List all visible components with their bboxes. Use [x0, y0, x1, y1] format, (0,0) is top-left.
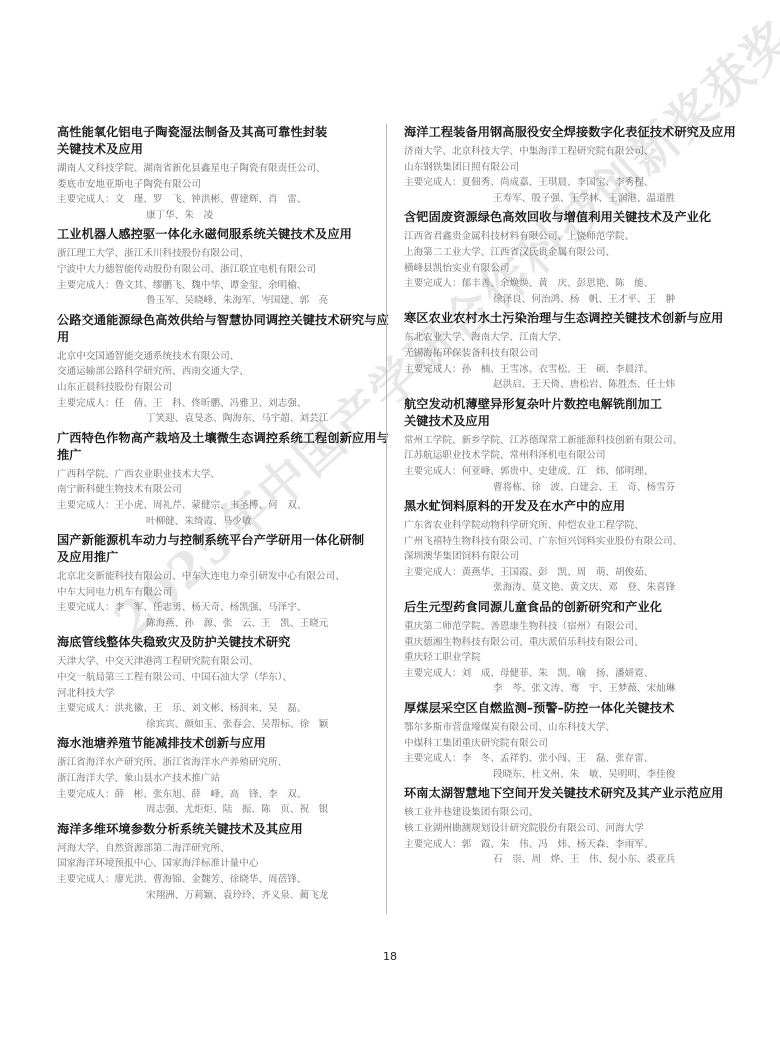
right-column: 海洋工程装备用钢高服役安全焊接数字化表征技术研究及应用济南大学、北京科技大学、中…: [404, 124, 739, 868]
contributors-line: 主要完成人：郁丰善、余焕焕、黄 庆、彭思艳、陈 能、: [404, 276, 739, 292]
organization-line: 重庆第二师范学院、善恩康生物科技（宿州）有限公司、: [404, 619, 739, 635]
contributors-names: 孙 楠、王雪冰、衣雪松、王 硕、李晨洋、: [462, 364, 654, 375]
organization-line: 广西科学院、广西农业职业技术大学、: [57, 467, 392, 483]
contributors-names: 鲁玉军、吴晓峰、朱海军、岑国建、郭 亮: [146, 295, 328, 306]
award-entry: 广西特色作物高产栽培及土壤微生态调控系统工程创新应用与推广广西科学院、广西农业职…: [57, 430, 392, 529]
contributors-line: 主要完成人：刘 成、母健菲、朱 凯、喻 扬、潘妍霓、: [404, 666, 739, 682]
contributors-line: 宋翔洲、万莉颖、袁玲玲、齐义泉、蔺飞龙: [57, 888, 392, 904]
award-title: 航空发动机薄壁异形复杂叶片数控电解铣削加工: [404, 396, 739, 413]
organization-line: 横峰县凯怡实业有限公司: [404, 261, 739, 277]
contributors-label: 主要完成人：: [57, 398, 115, 409]
contributors-line: 石 崇、周 烨、王 伟、倪小东、裘亚兵: [404, 852, 739, 868]
organization-line: 核工业井巷建设集团有限公司、: [404, 805, 739, 821]
contributors-label: 主要完成人：: [404, 753, 462, 764]
contributors-names: 徐宾宾、颜如玉、张春会、吴帮标、徐 颖: [146, 719, 328, 730]
contributors-line: 主要完成人：薛 彬、张东旭、薛 峰、高 锋、李 双、: [57, 787, 392, 803]
award-entry: 海洋工程装备用钢高服役安全焊接数字化表征技术研究及应用济南大学、北京科技大学、中…: [404, 124, 739, 206]
award-entry: 含钯固废资源绿色高效回收与增值利用关键技术及产业化江西省君鑫贵金属科技材料有限公…: [404, 209, 739, 307]
award-title: 及应用推广: [57, 549, 392, 566]
organization-line: 中车大同电力机车有限公司: [57, 585, 392, 601]
organization-line: 湖南人文科技学院、湖南省新化县鑫星电子陶瓷有限责任公司、: [57, 161, 392, 177]
organization-line: 江西省君鑫贵金属科技材料有限公司、上饶师范学院、: [404, 229, 739, 245]
contributors-names: 徐泽良、何治鸿、杨 帆、王才平、王 翀: [493, 294, 675, 305]
contributors-line: 周志强、尤炬炬、陆 振、陈 页、祝 银: [57, 802, 392, 818]
contributors-line: 主要完成人：夏佃秀、尚成嘉、王琪晨、李国宝、李秀程、: [404, 175, 739, 191]
award-title: 公路交通能源绿色高效供给与智慧协同调控关键技术研究与应用: [57, 312, 392, 346]
organization-line: 中交一航局第三工程有限公司、中国石油大学（华东）、: [57, 670, 392, 686]
contributors-line: 主要完成人：郭 霞、朱 伟、冯 炜、杨天森、李雨军、: [404, 837, 739, 853]
contributors-names: 王寿军、殷子强、王学林、王润港、温道胜: [493, 193, 675, 204]
contributors-names: 黄燕华、王国霞、彭 凯、周 萌、胡俊茹、: [462, 567, 654, 578]
contributors-names: 李 冬、孟祥豹、张小闯、王 磊、张存雷、: [462, 753, 654, 764]
contributors-line: 李 芩、张文涛、骞 宇、王梦薇、宋灿琳: [404, 681, 739, 697]
contributors-names: 鲁文其、缪鹏飞、魏中华、谭金玺、余明榆、: [115, 280, 307, 291]
award-title: 高性能氧化铝电子陶瓷湿法制备及其高可靠性封装: [57, 124, 392, 141]
organization-line: 深圳澳华集团饲料有限公司: [404, 549, 739, 565]
contributors-names: 文 瑾、罗 飞、钟洪彬、曹建辉、肖 雷、: [115, 194, 307, 205]
award-title: 广西特色作物高产栽培及土壤微生态调控系统工程创新应用与推广: [57, 430, 392, 464]
organization-line: 浙江省海洋水产研究所、浙江省海洋水产养殖研究所、: [57, 755, 392, 771]
organization-line: 重庆轻工职业学院: [404, 650, 739, 666]
organization-line: 南宁新科健生物技术有限公司: [57, 482, 392, 498]
award-title: 寒区农业农村水土污染治理与生态调控关键技术创新与应用: [404, 310, 739, 327]
organization-line: 鄂尔多斯市营盘壕煤炭有限公司、山东科技大学、: [404, 720, 739, 736]
award-entry: 航空发动机薄壁异形复杂叶片数控电解铣削加工关键技术及应用常州工学院、新乡学院、江…: [404, 396, 739, 495]
contributors-label: 主要完成人：: [57, 194, 115, 205]
organization-line: 山东正晨科技股份有限公司: [57, 380, 392, 396]
award-entry: 环南太湖智慧地下空间开发关键技术研究及其产业示范应用核工业井巷建设集团有限公司、…: [404, 785, 739, 867]
organization-line: 北京北交新能科技有限公司、中车大连电力牵引研发中心有限公司、: [57, 569, 392, 585]
contributors-names: 丁笑迎、袁旻忞、陶海东、马宇超、刘芸江: [146, 413, 328, 424]
contributors-names: 李 军、任志勇、杨天奇、杨凯强、马泽宇、: [115, 602, 307, 613]
contributors-label: 主要完成人：: [57, 789, 115, 800]
award-entry: 高性能氧化铝电子陶瓷湿法制备及其高可靠性封装关键技术及应用湖南人文科技学院、湖南…: [57, 124, 392, 223]
award-entry: 工业机器人感控驱一体化永磁伺服系统关键技术及应用浙江理工大学、浙江禾川科技股份有…: [57, 226, 392, 308]
contributors-line: 王寿军、殷子强、王学林、王润港、温道胜: [404, 191, 739, 207]
organization-line: 国家海洋环境预报中心、国家海洋标准计量中心: [57, 856, 392, 872]
contributors-label: 主要完成人：: [57, 703, 115, 714]
contributors-label: 主要完成人：: [404, 668, 462, 679]
contributors-label: 主要完成人：: [57, 500, 115, 511]
contributors-line: 主要完成人：任 倩、王 科、佟昕鹏、冯雅卫、刘志强、: [57, 396, 392, 412]
contributors-names: 李 芩、张文涛、骞 宇、王梦薇、宋灿琳: [493, 683, 675, 694]
contributors-line: 徐泽良、何治鸿、杨 帆、王才平、王 翀: [404, 292, 739, 308]
organization-line: 核工业湖州勘测规划设计研究院股份有限公司、河海大学: [404, 821, 739, 837]
contributors-line: 主要完成人：廖光洪、曹海锦、金魏芳、徐晓华、周蓓锋、: [57, 872, 392, 888]
award-title: 环南太湖智慧地下空间开发关键技术研究及其产业示范应用: [404, 785, 739, 802]
contributors-line: 陈海燕、孙 源、张 云、王 凯、王晓元: [57, 616, 392, 632]
organization-line: 河海大学、自然资源部第二海洋研究所、: [57, 841, 392, 857]
organization-line: 广东省农业科学院动物科学研究所、仲恺农业工程学院、: [404, 518, 739, 534]
contributors-label: 主要完成人：: [404, 364, 462, 375]
contributors-names: 廖光洪、曹海锦、金魏芳、徐晓华、周蓓锋、: [115, 874, 307, 885]
contributors-names: 赵洪启、王天倚、唐松岩、陈胜杰、任士炜: [493, 379, 675, 390]
contributors-line: 叶柳健、朱绮霞、马少敏: [57, 514, 392, 530]
contributors-line: 赵洪启、王天倚、唐松岩、陈胜杰、任士炜: [404, 377, 739, 393]
contributors-line: 段晓东、杜文州、朱 敏、吴明明、李佳俊: [404, 767, 739, 783]
award-entry: 海水池塘养殖节能减排技术创新与应用浙江省海洋水产研究所、浙江省海洋水产养殖研究所…: [57, 735, 392, 817]
award-entry: 黑水虻饲料原料的开发及在水产中的应用广东省农业科学院动物科学研究所、仲恺农业工程…: [404, 498, 739, 596]
award-title: 海水池塘养殖节能减排技术创新与应用: [57, 735, 392, 752]
contributors-line: 丁笑迎、袁旻忞、陶海东、马宇超、刘芸江: [57, 411, 392, 427]
contributors-names: 洪兆徽、王 乐、刘文彬、杨润来、吴 磊、: [115, 703, 307, 714]
contributors-label: 主要完成人：: [57, 280, 115, 291]
contributors-names: 叶柳健、朱绮霞、马少敏: [146, 516, 252, 527]
organization-line: 上海第二工业大学、江西省汉氏贵金属有限公司、: [404, 245, 739, 261]
award-entry: 厚煤层采空区自燃监测–预警–防控一体化关键技术鄂尔多斯市营盘壕煤炭有限公司、山东…: [404, 700, 739, 782]
contributors-names: 夏佃秀、尚成嘉、王琪晨、李国宝、李秀程、: [462, 177, 654, 188]
contributors-names: 郁丰善、余焕焕、黄 庆、彭思艳、陈 能、: [462, 278, 654, 289]
contributors-line: 主要完成人：文 瑾、罗 飞、钟洪彬、曹建辉、肖 雷、: [57, 192, 392, 208]
contributors-names: 陈海燕、孙 源、张 云、王 凯、王晓元: [146, 618, 328, 629]
contributors-line: 主要完成人：孙 楠、王雪冰、衣雪松、王 硕、李晨洋、: [404, 362, 739, 378]
contributors-names: 段晓东、杜文州、朱 敏、吴明明、李佳俊: [493, 769, 675, 780]
contributors-label: 主要完成人：: [404, 839, 462, 850]
award-title: 关键技术及应用: [57, 141, 392, 158]
left-column: 高性能氧化铝电子陶瓷湿法制备及其高可靠性封装关键技术及应用湖南人文科技学院、湖南…: [57, 124, 392, 903]
contributors-names: 王小虎、周礼芹、蒙健宗、韦圣博、何 双、: [115, 500, 307, 511]
contributors-names: 石 崇、周 烨、王 伟、倪小东、裘亚兵: [493, 854, 675, 865]
organization-line: 江苏航运职业技术学院、常州科泽机电有限公司: [404, 448, 739, 464]
contributors-names: 任 倩、王 科、佟昕鹏、冯雅卫、刘志强、: [115, 398, 307, 409]
contributors-label: 主要完成人：: [404, 278, 462, 289]
contributors-names: 何亚峰、郭贵中、史建成、江 炜、郁明理、: [462, 466, 654, 477]
organization-line: 宁波中大力德智能传动股份有限公司、浙江联宜电机有限公司: [57, 262, 392, 278]
award-entry: 国产新能源机车动力与控制系统平台产学研用一体化研制及应用推广北京北交新能科技有限…: [57, 532, 392, 631]
organization-line: 浙江海洋大学、象山县水产技术推广站: [57, 771, 392, 787]
contributors-label: 主要完成人：: [404, 177, 462, 188]
award-title: 工业机器人感控驱一体化永磁伺服系统关键技术及应用: [57, 226, 392, 243]
award-entry: 公路交通能源绿色高效供给与智慧协同调控关键技术研究与应用北京中交国通智能交通系统…: [57, 312, 392, 427]
page-number: 18: [0, 950, 780, 963]
award-title: 关键技术及应用: [404, 413, 739, 430]
contributors-label: 主要完成人：: [404, 466, 462, 477]
contributors-line: 徐宾宾、颜如玉、张春会、吴帮标、徐 颖: [57, 717, 392, 733]
contributors-line: 主要完成人：洪兆徽、王 乐、刘文彬、杨润来、吴 磊、: [57, 701, 392, 717]
organization-line: 山东钢铁集团日照有限公司: [404, 160, 739, 176]
award-title: 含钯固废资源绿色高效回收与增值利用关键技术及产业化: [404, 209, 739, 226]
organization-line: 无锡海拓环保装备科技有限公司: [404, 346, 739, 362]
award-title: 海洋工程装备用钢高服役安全焊接数字化表征技术研究及应用: [404, 124, 739, 141]
award-entry: 寒区农业农村水土污染治理与生态调控关键技术创新与应用东北农业大学、海南大学、江南…: [404, 310, 739, 392]
award-title: 海底管线整体失稳致灾及防护关键技术研究: [57, 634, 392, 651]
organization-line: 常州工学院、新乡学院、江苏德琛常工新能源科技创新有限公司、: [404, 433, 739, 449]
organization-line: 中煤科工集团重庆研究院有限公司: [404, 736, 739, 752]
organization-line: 广州飞禧特生物科技有限公司、广东恒兴饲料实业股份有限公司、: [404, 534, 739, 550]
contributors-line: 主要完成人：黄燕华、王国霞、彭 凯、周 萌、胡俊茹、: [404, 565, 739, 581]
column-divider: [386, 124, 387, 914]
organization-line: 浙江理工大学、浙江禾川科技股份有限公司、: [57, 246, 392, 262]
organization-line: 河北科技大学: [57, 686, 392, 702]
organization-line: 娄底市安地亚斯电子陶瓷有限公司: [57, 177, 392, 193]
organization-line: 交通运输部公路科学研究所、西南交通大学、: [57, 364, 392, 380]
contributors-names: 康丁华、朱 凌: [146, 210, 213, 221]
organization-line: 济南大学、北京科技大学、中集海洋工程研究院有限公司、: [404, 144, 739, 160]
contributors-line: 主要完成人：鲁文其、缪鹏飞、魏中华、谭金玺、余明榆、: [57, 278, 392, 294]
contributors-names: 张海涛、莫文艳、黄文庆、邓 登、朱喜锋: [493, 582, 675, 593]
contributors-label: 主要完成人：: [404, 567, 462, 578]
contributors-line: 主要完成人：李 军、任志勇、杨天奇、杨凯强、马泽宇、: [57, 600, 392, 616]
award-entry: 海底管线整体失稳致灾及防护关键技术研究天津大学、中交天津港湾工程研究院有限公司、…: [57, 634, 392, 732]
contributors-names: 宋翔洲、万莉颖、袁玲玲、齐义泉、蔺飞龙: [146, 890, 328, 901]
contributors-line: 主要完成人：王小虎、周礼芹、蒙健宗、韦圣博、何 双、: [57, 498, 392, 514]
contributors-line: 曹将栋、徐 波、白建会、王 奇、杨雪芬: [404, 480, 739, 496]
contributors-names: 曹将栋、徐 波、白建会、王 奇、杨雪芬: [493, 482, 675, 493]
contributors-names: 刘 成、母健菲、朱 凯、喻 扬、潘妍霓、: [462, 668, 654, 679]
contributors-line: 主要完成人：何亚峰、郭贵中、史建成、江 炜、郁明理、: [404, 464, 739, 480]
organization-line: 东北农业大学、海南大学、江南大学、: [404, 330, 739, 346]
contributors-names: 薛 彬、张东旭、薛 峰、高 锋、李 双、: [115, 789, 307, 800]
award-title: 后生元型药食同源儿童食品的创新研究和产业化: [404, 599, 739, 616]
organization-line: 重庆德湘生物科技有限公司、重庆派佰乐科技有限公司、: [404, 635, 739, 651]
award-title: 黑水虻饲料原料的开发及在水产中的应用: [404, 498, 739, 515]
contributors-line: 张海涛、莫文艳、黄文庆、邓 登、朱喜锋: [404, 580, 739, 596]
award-title: 国产新能源机车动力与控制系统平台产学研用一体化研制: [57, 532, 392, 549]
contributors-line: 鲁玉军、吴晓峰、朱海军、岑国建、郭 亮: [57, 293, 392, 309]
contributors-names: 郭 霞、朱 伟、冯 炜、杨天森、李雨军、: [462, 839, 654, 850]
organization-line: 天津大学、中交天津港湾工程研究院有限公司、: [57, 654, 392, 670]
contributors-line: 主要完成人：李 冬、孟祥豹、张小闯、王 磊、张存雷、: [404, 751, 739, 767]
contributors-label: 主要完成人：: [57, 874, 115, 885]
award-entry: 海洋多维环境参数分析系统关键技术及其应用河海大学、自然资源部第二海洋研究所、国家…: [57, 821, 392, 903]
award-entry: 后生元型药食同源儿童食品的创新研究和产业化重庆第二师范学院、善恩康生物科技（宿州…: [404, 599, 739, 697]
contributors-label: 主要完成人：: [57, 602, 115, 613]
contributors-names: 周志强、尤炬炬、陆 振、陈 页、祝 银: [146, 804, 328, 815]
organization-line: 北京中交国通智能交通系统技术有限公司、: [57, 349, 392, 365]
award-title: 厚煤层采空区自燃监测–预警–防控一体化关键技术: [404, 700, 739, 717]
award-title: 海洋多维环境参数分析系统关键技术及其应用: [57, 821, 392, 838]
contributors-line: 康丁华、朱 凌: [57, 208, 392, 224]
